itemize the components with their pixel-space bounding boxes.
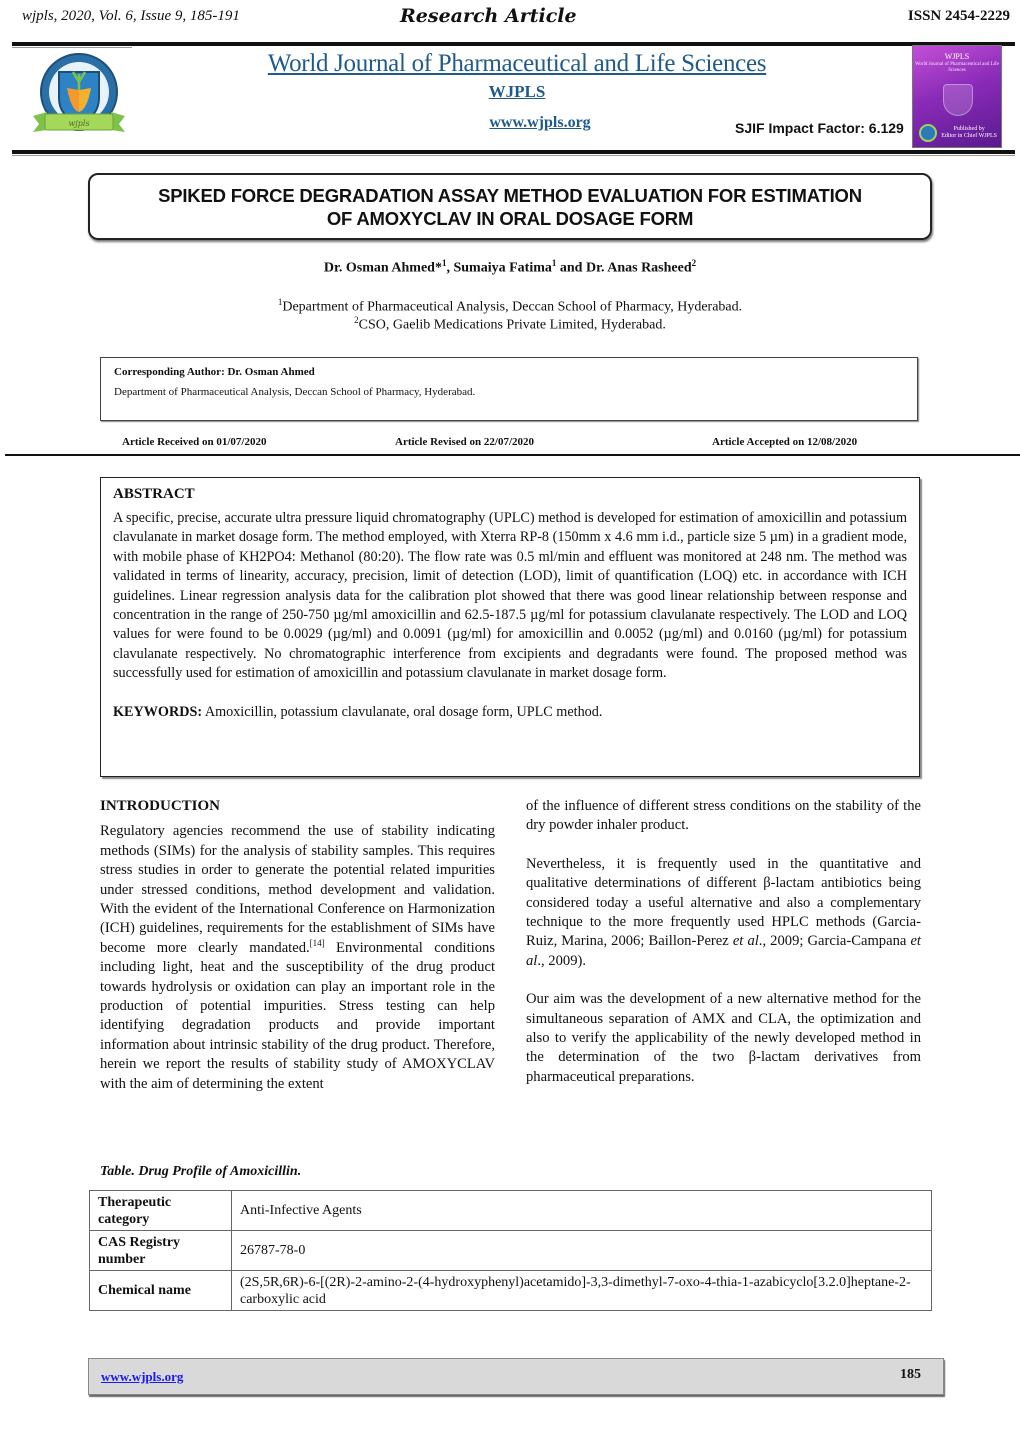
citation: wjpls, 2020, Vol. 6, Issue 9, 185-191 — [22, 8, 240, 25]
running-header: wjpls, 2020, Vol. 6, Issue 9, 185-191 Re… — [10, 2, 1010, 36]
author-list: Dr. Osman Ahmed*1, Sumaiya Fatima1 and D… — [0, 258, 1020, 277]
date-accepted: Article Accepted on 12/08/2020 — [712, 436, 857, 448]
date-received: Article Received on 01/07/2020 — [122, 436, 267, 448]
header-rule-bottom — [12, 150, 1015, 154]
cover-title: WJPLS — [913, 52, 1001, 61]
abstract-text: A specific, precise, accurate ultra pres… — [113, 509, 907, 684]
journal-website-link[interactable]: www.wjpls.org — [460, 114, 620, 132]
table-row: Chemical name (2S,5R,6R)-6-[(2R)-2-amino… — [90, 1271, 932, 1311]
keywords: KEYWORDS: Amoxicillin, potassium clavula… — [113, 703, 907, 722]
dates-rule — [5, 454, 1020, 456]
table-key: CAS Registry number — [90, 1231, 232, 1271]
paragraph: of the influence of different stress con… — [526, 797, 921, 836]
impact-factor: SJIF Impact Factor: 6.129 — [735, 120, 904, 136]
drug-profile-table: Therapeutic category Anti-Infective Agen… — [89, 1190, 932, 1311]
issn: ISSN 2454-2229 — [908, 8, 1010, 25]
abstract-heading: ABSTRACT — [113, 486, 907, 503]
cover-subtitle: World Journal of Pharmaceutical and Life… — [913, 62, 1001, 74]
table-row: Therapeutic category Anti-Infective Agen… — [90, 1191, 932, 1231]
page-footer: www.wjpls.org 185 — [88, 1358, 944, 1395]
table-key: Therapeutic category — [90, 1191, 232, 1231]
cover-shield-icon — [943, 84, 973, 116]
journal-abbreviation: WJPLS — [232, 82, 802, 102]
header-rule-top-sub — [12, 47, 132, 48]
table-value: Anti-Infective Agents — [232, 1191, 932, 1231]
affiliation: 1Department of Pharmaceutical Analysis, … — [0, 297, 1020, 316]
article-type: Research Article — [400, 5, 577, 27]
journal-cover-image: WJPLS World Journal of Pharmaceutical an… — [912, 45, 1002, 148]
cover-publisher: Published by Editor in Chief WJPLS — [941, 126, 997, 140]
abstract-box: ABSTRACT A specific, precise, accurate u… — [100, 477, 920, 777]
paragraph: Nevertheless, it is frequently used in t… — [526, 855, 921, 971]
body-column-left: INTRODUCTION Regulatory agencies recomme… — [100, 797, 495, 1094]
table-value: (2S,5R,6R)-6-[(2R)-2-amino-2-(4-hydroxyp… — [232, 1271, 932, 1311]
paragraph: Regulatory agencies recommend the use of… — [100, 822, 495, 1094]
table-value: 26787-78-0 — [232, 1231, 932, 1271]
affiliation: 2CSO, Gaelib Medications Private Limited… — [0, 315, 1020, 334]
corresponding-author-box: Corresponding Author: Dr. Osman Ahmed De… — [100, 357, 918, 421]
header-rule-top — [12, 42, 1015, 46]
corresponding-department: Department of Pharmaceutical Analysis, D… — [114, 386, 904, 398]
table-caption: Table. Drug Profile of Amoxicillin. — [100, 1164, 301, 1180]
author: Sumaiya Fatima — [453, 261, 551, 276]
svg-text:wjpls: wjpls — [68, 119, 89, 128]
date-revised: Article Revised on 22/07/2020 — [395, 436, 534, 448]
author: Dr. Anas Rasheed — [586, 261, 692, 276]
author: Dr. Osman Ahmed* — [324, 261, 442, 276]
footer-website-link[interactable]: www.wjpls.org — [101, 1369, 183, 1385]
cover-badge-icon — [919, 124, 937, 142]
paragraph: Our aim was the development of a new alt… — [526, 990, 921, 1087]
body-column-right: of the influence of different stress con… — [526, 797, 921, 1087]
article-title-box: SPIKED FORCE DEGRADATION ASSAY METHOD EV… — [88, 173, 932, 240]
page-number: 185 — [900, 1367, 921, 1383]
journal-title-link[interactable]: World Journal of Pharmaceutical and Life… — [232, 50, 802, 78]
table-key: Chemical name — [90, 1271, 232, 1311]
citation-ref[interactable]: [14] — [310, 938, 325, 948]
article-title: SPIKED FORCE DEGRADATION ASSAY METHOD EV… — [158, 184, 862, 230]
corresponding-author: Corresponding Author: Dr. Osman Ahmed — [114, 366, 904, 378]
journal-logo-icon: wjpls — [25, 50, 133, 142]
table-row: CAS Registry number 26787-78-0 — [90, 1231, 932, 1271]
introduction-heading: INTRODUCTION — [100, 797, 495, 816]
header-rule-bottom-sub — [12, 155, 1015, 156]
article-dates: Article Received on 01/07/2020 Article R… — [0, 436, 1020, 452]
